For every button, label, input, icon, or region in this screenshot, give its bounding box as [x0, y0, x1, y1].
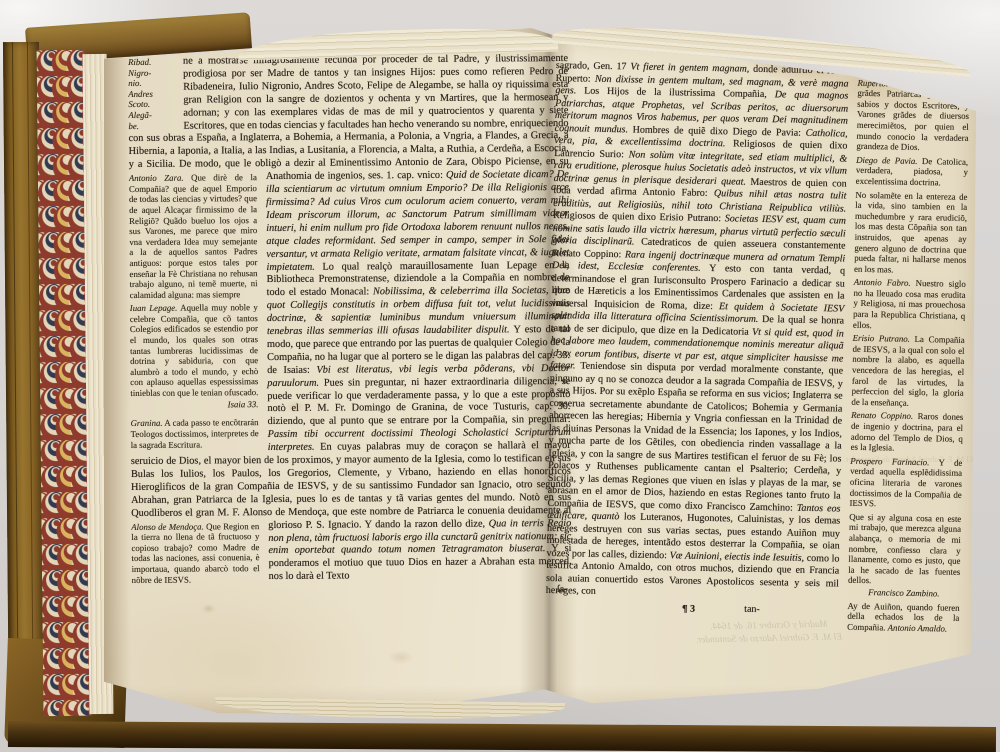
- right-text-p11: Teniendose sin disputa por verdad moralm…: [547, 361, 843, 514]
- note-label: Renato Coppino.: [851, 410, 913, 421]
- note-body: Que si ay alguna cosa en este mi trabajo…: [848, 511, 961, 585]
- left-catchword-line: ſa-: [132, 584, 572, 602]
- left-page-bottom-curl: [215, 697, 565, 721]
- left-page-edge-shade: [104, 24, 130, 720]
- margin-note-prospero-farinacio: Prospero Farinacio. Y de verdad aquella …: [849, 456, 962, 511]
- note-body: La Compañia de IESVS, a la qual con solo…: [851, 334, 964, 407]
- note-label: Diego de Pavia.: [856, 155, 918, 166]
- signature-mark: ¶ 3: [682, 603, 695, 616]
- right-text-q12: Væ Auinioni, eiectis inde Iesuitis,: [670, 550, 805, 564]
- note-label: Iuan Lepage.: [130, 303, 178, 313]
- note-body: Aquella muy noble y celebre Compañia, qu…: [130, 302, 259, 398]
- book-photograph: Madrid y Octubre 16. de 1644. El M. F. G…: [0, 0, 1000, 752]
- note-scripture-ref: Isaia 33.: [130, 399, 258, 410]
- margin-note-granina: Granina. A cada passo te encõtrarán Teol…: [131, 417, 259, 450]
- note-signature: Francisco Zambino.: [848, 587, 960, 600]
- right-text-p1: sagrado, Gen. 17: [556, 60, 631, 72]
- marble-pattern: [37, 50, 90, 716]
- left-text-q1: Quid de Societate dicam? De illa scienti…: [266, 169, 570, 272]
- margin-note-diego-de-pavia: Diego de Pavia. De Catolica, verdadera, …: [856, 155, 969, 189]
- note-label: Antonio Zara.: [129, 173, 184, 183]
- margin-note-renato-coppino: Renato Coppino. Raros dones de ingenio y…: [851, 410, 964, 455]
- catchword: tan-: [744, 603, 760, 616]
- margin-note-ruperto: Genesis 17. Ruperto. De la qual tenemos …: [856, 67, 970, 154]
- margin-note-francisco-zambino: Que si ay alguna cosa en este mi trabajo…: [848, 511, 962, 599]
- bottom-cover-edge: [8, 721, 996, 752]
- note-label: Alonso de Mendoça.: [131, 521, 204, 532]
- open-spread: Madrid y Octubre 16. de 1644. El M. F. G…: [104, 24, 976, 720]
- left-text-p1: ne a mostrarse milagrosamente fecunda po…: [129, 53, 569, 182]
- margin-note-alonso-de-mendoza: Alonso de Mendoça. Que Region en la tier…: [131, 521, 259, 585]
- note-body: No solamẽte en la entereza de la vida, s…: [854, 189, 968, 274]
- margin-note-surio: No solamẽte en la entereza de la vida, s…: [854, 189, 968, 276]
- note-label: Prospero Farinacio.: [850, 456, 929, 468]
- left-page: Ribad. Nigro- nio. Andres Scoto. Alegã- …: [128, 53, 572, 684]
- left-text-p2: ingenios, ses. 1. cap. vnico:: [328, 170, 447, 182]
- margin-note-author-refs: Ribad. Nigro- nio. Andres Scoto. Alegã- …: [128, 57, 175, 131]
- note-body: Que dirè de la Compañia? que de aquel Em…: [129, 172, 258, 299]
- note-body: De la qual tenemos grãdes Patriarcas y P…: [856, 78, 969, 152]
- note-label: Antonio Fabro.: [854, 277, 911, 288]
- margin-note-erisio-putrano: Erisio Putrano. La Compañia de IESVS, a …: [851, 333, 964, 409]
- note-label: Antonio Amaldo.: [888, 622, 948, 633]
- margin-note-antonio-fabro: Antonio Fabro. Nuestro siglo no ha lleua…: [853, 277, 966, 332]
- right-text-q1: Vt fieret in gentem magnam,: [630, 61, 749, 74]
- margin-note-iuan-lepage: Iuan Lepage. Aquella muy noble y celebre…: [130, 302, 259, 410]
- note-label: Granina.: [131, 418, 163, 428]
- note-label: Erisio Putrano.: [853, 333, 910, 344]
- right-page: Genesis 17. Ruperto. De la qual tenemos …: [544, 60, 969, 668]
- margin-note-antonio-zara: Antonio Zara. Que dirè de la Compañia? q…: [129, 172, 258, 300]
